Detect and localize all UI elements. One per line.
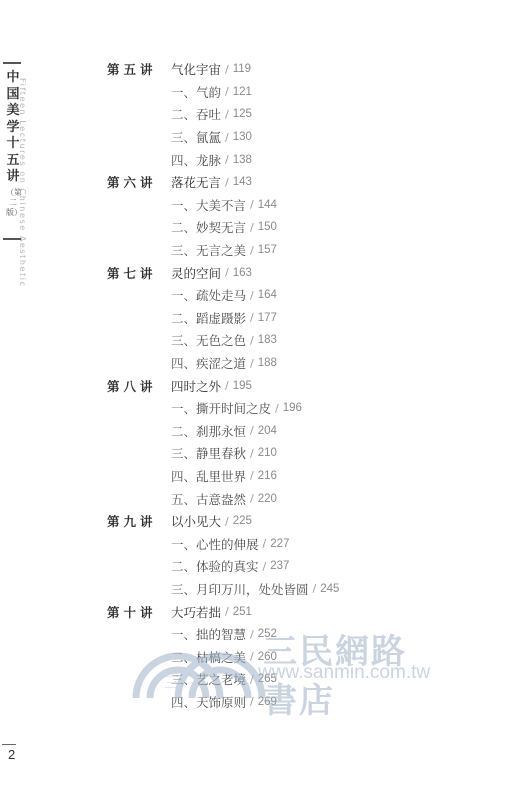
toc-section-entry[interactable]: 二、妙契无言/150	[107, 216, 487, 239]
section-index: 一、	[171, 625, 196, 643]
table-of-contents: 第五讲气化宇宙/119一、气韵/121二、吞吐/125三、氤氲/130四、龙脉/…	[107, 58, 487, 713]
section-index: 二、	[171, 648, 196, 666]
section-page-number: 125	[233, 108, 252, 120]
lecture-title: 四时之外	[171, 377, 221, 395]
section-index: 四、	[171, 467, 196, 485]
section-index: 三、	[171, 670, 196, 688]
section-title: 刹那永恒	[196, 422, 246, 440]
toc-section-entry[interactable]: 四、天饰原则/269	[107, 691, 487, 714]
toc-section-entry[interactable]: 三、静里春秋/210	[107, 442, 487, 465]
toc-section-entry[interactable]: 一、气韵/121	[107, 81, 487, 104]
page-separator: /	[225, 63, 229, 76]
section-index: 二、	[171, 422, 196, 440]
page-separator: /	[225, 515, 229, 528]
lecture-title: 灵的空间	[171, 264, 221, 282]
section-index: 三、	[171, 444, 196, 462]
page-separator: /	[250, 334, 254, 347]
toc-lecture-entry[interactable]: 第五讲气化宇宙/119	[107, 58, 487, 81]
page-separator: /	[250, 673, 254, 686]
toc-section-entry[interactable]: 二、刹那永恒/204	[107, 420, 487, 443]
section-title: 古意盎然	[196, 490, 246, 508]
lecture-title: 以小见大	[171, 512, 221, 530]
section-index: 三、	[171, 128, 196, 146]
page-separator: /	[313, 582, 317, 595]
page-separator: /	[263, 560, 267, 573]
section-title: 疏处走马	[196, 286, 246, 304]
page-separator: /	[250, 311, 254, 324]
section-title: 艺之老境	[196, 670, 246, 688]
page-separator: /	[225, 153, 229, 166]
section-page-number: 130	[233, 131, 252, 143]
section-page-number: 157	[258, 244, 277, 256]
section-page-number: 196	[283, 402, 302, 414]
section-index: 三、	[171, 580, 196, 598]
lecture-title: 大巧若拙	[171, 603, 221, 621]
section-page-number: 269	[258, 696, 277, 708]
lecture-number: 第七讲	[107, 264, 171, 282]
page-separator: /	[225, 85, 229, 98]
lecture-page-number: 163	[233, 267, 252, 279]
section-index: 二、	[171, 309, 196, 327]
page-separator: /	[250, 357, 254, 370]
page-separator: /	[225, 266, 229, 279]
section-page-number: 177	[258, 312, 277, 324]
section-title: 氤氲	[196, 128, 221, 146]
toc-section-entry[interactable]: 四、乱里世界/216	[107, 465, 487, 488]
section-page-number: 265	[258, 673, 277, 685]
section-index: 一、	[171, 83, 196, 101]
section-page-number: 121	[233, 86, 252, 98]
toc-section-entry[interactable]: 三、月印万川，处处皆圆/245	[107, 578, 487, 601]
spine-rule-top	[3, 62, 21, 64]
page-separator: /	[250, 289, 254, 302]
section-title: 蹈虚蹑影	[196, 309, 246, 327]
page-separator: /	[263, 537, 267, 550]
section-page-number: 150	[258, 221, 277, 233]
page-separator: /	[250, 650, 254, 663]
section-page-number: 216	[258, 470, 277, 482]
section-page-number: 245	[320, 583, 339, 595]
section-page-number: 188	[258, 357, 277, 369]
section-title: 气韵	[196, 83, 221, 101]
section-index: 三、	[171, 241, 196, 259]
page-separator: /	[225, 379, 229, 392]
section-page-number: 210	[258, 447, 277, 459]
section-title: 大美不言	[196, 196, 246, 214]
toc-section-entry[interactable]: 四、疾涩之道/188	[107, 352, 487, 375]
page-separator: /	[250, 492, 254, 505]
toc-section-entry[interactable]: 四、龙脉/138	[107, 148, 487, 171]
section-title: 吞吐	[196, 105, 221, 123]
toc-section-entry[interactable]: 一、拙的智慧/252	[107, 623, 487, 646]
section-page-number: 164	[258, 289, 277, 301]
toc-section-entry[interactable]: 一、撕开时间之皮/196	[107, 397, 487, 420]
book-title-en: Fifteen Lectures on Chinese Aesthetic	[18, 78, 27, 288]
lecture-number: 第十讲	[107, 603, 171, 621]
section-page-number: 260	[258, 651, 277, 663]
page-separator: /	[250, 469, 254, 482]
lecture-title: 落花无言	[171, 173, 221, 191]
section-page-number: 252	[258, 628, 277, 640]
section-index: 一、	[171, 286, 196, 304]
page-separator: /	[225, 131, 229, 144]
toc-section-entry[interactable]: 一、大美不言/144	[107, 194, 487, 217]
toc-section-entry[interactable]: 五、古意盎然/220	[107, 487, 487, 510]
page-number: 2	[8, 747, 15, 762]
section-page-number: 237	[270, 560, 289, 572]
section-title: 龙脉	[196, 151, 221, 169]
page-separator: /	[225, 605, 229, 618]
section-page-number: 144	[258, 199, 277, 211]
toc-section-entry[interactable]: 一、疏处走马/164	[107, 284, 487, 307]
section-index: 三、	[171, 331, 196, 349]
section-index: 四、	[171, 354, 196, 372]
toc-section-entry[interactable]: 二、体验的真实/237	[107, 555, 487, 578]
section-title: 体验的真实	[196, 557, 259, 575]
section-title: 天饰原则	[196, 693, 246, 711]
page-separator: /	[250, 198, 254, 211]
toc-section-entry[interactable]: 二、蹈虚蹑影/177	[107, 307, 487, 330]
section-title: 枯槁之美	[196, 648, 246, 666]
section-title: 无色之色	[196, 331, 246, 349]
page-separator: /	[250, 695, 254, 708]
toc-section-entry[interactable]: 二、吞吐/125	[107, 103, 487, 126]
section-index: 二、	[171, 557, 196, 575]
toc-section-entry[interactable]: 三、无色之色/183	[107, 329, 487, 352]
section-index: 二、	[171, 105, 196, 123]
lecture-page-number: 195	[233, 380, 252, 392]
toc-section-entry[interactable]: 三、氤氲/130	[107, 126, 487, 149]
toc-lecture-entry[interactable]: 第九讲以小见大/225	[107, 510, 487, 533]
section-title: 疾涩之道	[196, 354, 246, 372]
section-title: 心性的伸展	[196, 535, 259, 553]
page-separator: /	[250, 221, 254, 234]
lecture-page-number: 225	[233, 515, 252, 527]
page-separator: /	[275, 402, 279, 415]
toc-lecture-entry[interactable]: 第八讲四时之外/195	[107, 374, 487, 397]
lecture-number: 第六讲	[107, 173, 171, 191]
section-title: 静里春秋	[196, 444, 246, 462]
section-index: 四、	[171, 151, 196, 169]
section-index: 一、	[171, 196, 196, 214]
page-separator: /	[250, 424, 254, 437]
lecture-page-number: 119	[233, 63, 251, 75]
lecture-number: 第五讲	[107, 60, 171, 78]
page-separator: /	[250, 628, 254, 641]
page-separator: /	[225, 108, 229, 121]
toc-section-entry[interactable]: 二、枯槁之美/260	[107, 645, 487, 668]
section-page-number: 227	[270, 538, 289, 550]
toc-lecture-entry[interactable]: 第六讲落花无言/143	[107, 171, 487, 194]
section-index: 五、	[171, 490, 196, 508]
lecture-number: 第八讲	[107, 377, 171, 395]
section-title: 月印万川，处处皆圆	[196, 580, 309, 598]
book-spine-title: 中国美学十五讲 （第二版） Fifteen Lectures on Chines…	[0, 58, 32, 358]
section-title: 拙的智慧	[196, 625, 246, 643]
page-separator: /	[250, 244, 254, 257]
toc-lecture-entry[interactable]: 第七讲灵的空间/163	[107, 261, 487, 284]
section-index: 一、	[171, 535, 196, 553]
section-index: 四、	[171, 693, 196, 711]
section-page-number: 220	[258, 493, 277, 505]
section-title: 撕开时间之皮	[196, 399, 271, 417]
section-page-number: 204	[258, 425, 277, 437]
lecture-title: 气化宇宙	[171, 60, 221, 78]
section-title: 无言之美	[196, 241, 246, 259]
section-title: 乱里世界	[196, 467, 246, 485]
page-separator: /	[225, 176, 229, 189]
section-page-number: 183	[258, 334, 277, 346]
section-index: 一、	[171, 399, 196, 417]
section-page-number: 138	[233, 154, 252, 166]
section-title: 妙契无言	[196, 218, 246, 236]
lecture-page-number: 143	[233, 176, 252, 188]
lecture-page-number: 251	[233, 606, 252, 618]
section-index: 二、	[171, 218, 196, 236]
toc-section-entry[interactable]: 一、心性的伸展/227	[107, 532, 487, 555]
toc-section-entry[interactable]: 三、艺之老境/265	[107, 668, 487, 691]
toc-section-entry[interactable]: 三、无言之美/157	[107, 239, 487, 262]
page-separator: /	[250, 447, 254, 460]
footer-rule	[2, 744, 16, 745]
toc-lecture-entry[interactable]: 第十讲大巧若拙/251	[107, 600, 487, 623]
lecture-number: 第九讲	[107, 512, 171, 530]
